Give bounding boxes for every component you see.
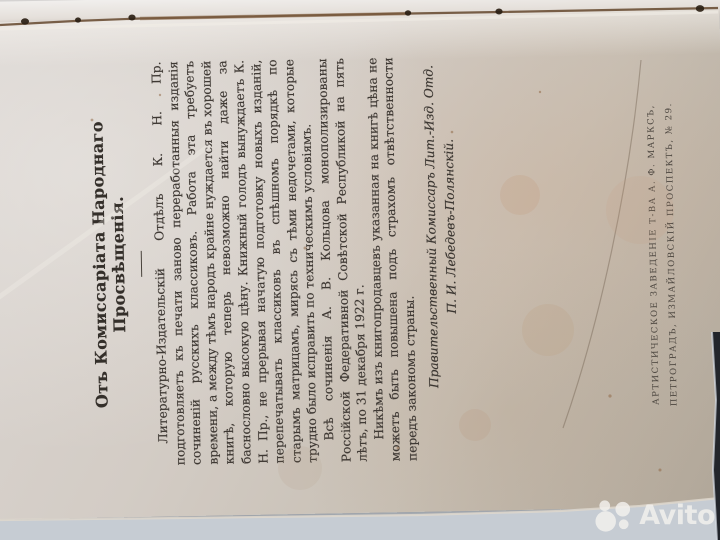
page-content: Отъ Комиссаріата Народнаго Просвѣщенія. …	[0, 0, 720, 540]
title-divider	[141, 251, 142, 277]
page-title: Отъ Комиссаріата Народнаго Просвѣщенія.	[86, 62, 131, 467]
avito-logo-icon	[595, 498, 632, 533]
signature-block: Правительственный Комиссаръ Лит.-Изд. От…	[418, 32, 463, 421]
book-page: Отъ Комиссаріата Народнаго Просвѣщенія. …	[0, 9, 720, 519]
avito-watermark: Avito	[595, 498, 715, 533]
printer-imprint: АРТИСТИЧЕСКОЕ ЗАВЕДЕНІЕ Т-ВА А. Ф. МАРКС…	[641, 52, 684, 457]
paragraph-3: Никѣмъ изъ книгопродавцевъ указанная на …	[364, 57, 421, 462]
paragraph-2: Всѣ сочиненія А. В. Кольцова монополизир…	[314, 58, 371, 463]
body-text: Литературно-Издательскій Отдѣлъ К. Н. Пр…	[148, 57, 421, 466]
avito-watermark-label: Avito	[639, 500, 715, 531]
paragraph-1: Литературно-Издательскій Отдѣлъ К. Н. Пр…	[148, 59, 321, 466]
book-photo: Отъ Комиссаріата Народнаго Просвѣщенія. …	[0, 0, 720, 540]
